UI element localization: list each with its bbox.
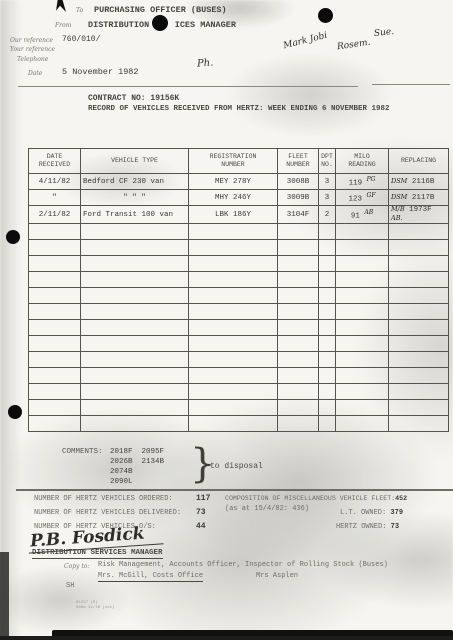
cell-type: Bedford CF 230 van: [81, 174, 189, 190]
signature-title: DISTRIBUTION SERVICES MANAGER: [32, 549, 163, 559]
cell-fleet: 3104F: [278, 206, 319, 224]
table-row-empty: [29, 272, 449, 288]
table-row-empty: [29, 304, 449, 320]
cell-type: " " ": [81, 190, 189, 206]
divider-summary: [16, 489, 453, 491]
cell-dpt: 3: [319, 190, 336, 206]
handwritten-initial: Ph.: [197, 57, 214, 69]
hole-punch-top-center: [152, 15, 168, 31]
hole-punch-left-upper: [6, 230, 20, 244]
our-reference-label: Our reference: [10, 37, 53, 44]
col-vehicle-type: VEHICLE TYPE: [81, 149, 189, 174]
table-row-empty: [29, 288, 449, 304]
from-label: From: [55, 22, 71, 29]
outstanding-value: 44: [196, 522, 206, 531]
record-title: RECORD OF VEHICLES RECEIVED FROM HERTZ: …: [88, 105, 390, 113]
col-fleet-number: FLEETNUMBER: [278, 149, 319, 174]
date-value: 5 November 1982: [62, 67, 139, 77]
cell-reading: 91 AB: [336, 206, 389, 224]
divider-top-left: [18, 86, 358, 87]
typist-initials: SH: [66, 582, 74, 590]
cell-registration: MEY 278Y: [189, 174, 278, 190]
table-row-empty: [29, 352, 449, 368]
table-row-empty: [29, 336, 449, 352]
cell-replacing: DSM 2117B: [389, 190, 449, 206]
your-reference-label: Your reference: [10, 46, 55, 53]
table-row-empty: [29, 416, 449, 432]
vehicle-table-wrap: DATERECEIVED VEHICLE TYPE REGISTRATIONNU…: [28, 148, 449, 432]
cell-dpt: 3: [319, 174, 336, 190]
date-label: Date: [28, 70, 42, 77]
comments-numbers: 2018F 2095F 2026B 2134B 2074B 2090L: [110, 447, 164, 487]
cell-date: 2/11/82: [29, 206, 81, 224]
table-row-vehicle-1: 4/11/82 Bedford CF 230 van MEY 278Y 3008…: [29, 174, 449, 190]
copy-to-line2b: Mrs Asplen: [256, 572, 298, 580]
fleet-composition-sub: (as at 15/4/82: 436): [225, 505, 309, 513]
handwritten-reading-note: AB: [364, 209, 373, 216]
form-print-reference: 61257 (R) 500m 11/79 (xxx): [76, 601, 114, 611]
cell-dpt: 2: [319, 206, 336, 224]
col-date-received: DATERECEIVED: [29, 149, 81, 174]
table-row-empty: [29, 368, 449, 384]
handwritten-replacing-extra: AB.: [391, 214, 403, 222]
table-row-empty: [29, 240, 449, 256]
fleet-composition-label: COMPOSITION OF MISCELLANEOUS VEHICLE FLE…: [225, 495, 407, 502]
cell-registration: MHY 246Y: [189, 190, 278, 206]
handwritten-annotation-left: Mark Jobi: [282, 31, 328, 52]
telephone-label: Telephone: [17, 56, 48, 63]
cell-fleet: 3008B: [278, 174, 319, 190]
col-registration: REGISTRATIONNUMBER: [189, 149, 278, 174]
scanned-document-page: To PURCHASING OFFICER (BUSES) From DISTR…: [0, 0, 453, 640]
handwritten-replacing-note: DSM: [391, 193, 407, 201]
table-row-empty: [29, 256, 449, 272]
table-row-empty: [29, 320, 449, 336]
cell-registration: LBK 186Y: [189, 206, 278, 224]
comments-label: COMMENTS:: [62, 448, 103, 456]
copy-to-line2a: Mrs. McGill, Costs Office: [98, 572, 203, 582]
handwritten-annotation-right: Sue.: [374, 27, 395, 39]
table-row-vehicle-2: " " " " MHY 246Y 3009B 3 123 GF DSM 2117…: [29, 190, 449, 206]
scan-edge-left-bottom: [0, 552, 9, 640]
col-replacing: REPLACING: [389, 149, 449, 174]
col-dpt-no: DPTNO.: [319, 149, 336, 174]
copy-to-line1: Risk Management, Accounts Officer, Inspe…: [98, 561, 388, 569]
table-row-empty: [29, 384, 449, 400]
to-value: PURCHASING OFFICER (BUSES): [94, 5, 227, 15]
comments-note: to disposal: [210, 462, 263, 471]
handwritten-annotation-mid: Rosem.: [336, 38, 371, 53]
cell-replacing: DSM 2116B: [389, 174, 449, 190]
copy-to-label: Copy to:: [64, 563, 89, 570]
table-header-row: DATERECEIVED VEHICLE TYPE REGISTRATIONNU…: [29, 149, 449, 174]
pen-mark: [56, 0, 66, 12]
divider-top-right: [372, 84, 450, 85]
cell-replacing: M/B 1973FAB.: [389, 206, 449, 224]
cell-date: ": [29, 190, 81, 206]
table-row-vehicle-3: 2/11/82 Ford Transit 100 van LBK 186Y 31…: [29, 206, 449, 224]
handwritten-replacing-note: DSM: [391, 177, 407, 185]
cell-type: Ford Transit 100 van: [81, 206, 189, 224]
delivered-label: NUMBER OF HERTZ VEHICLES DELIVERED:: [34, 509, 181, 517]
handwritten-reading-note: GF: [367, 192, 376, 199]
cell-date: 4/11/82: [29, 174, 81, 190]
ordered-value: 117: [196, 494, 210, 503]
handwritten-replacing-note: M/B: [391, 206, 405, 214]
vehicle-table-body: 4/11/82 Bedford CF 230 van MEY 278Y 3008…: [29, 174, 449, 432]
delivered-value: 73: [196, 508, 206, 517]
hole-punch-left-lower: [8, 405, 22, 419]
cell-reading: 119 PG: [336, 174, 389, 190]
vehicle-table: DATERECEIVED VEHICLE TYPE REGISTRATIONNU…: [28, 148, 449, 432]
cell-reading: 123 GF: [336, 190, 389, 206]
table-row-empty: [29, 224, 449, 240]
ordered-label: NUMBER OF HERTZ VEHICLES ORDERED:: [34, 495, 173, 503]
scan-edge-bottom-smear: [0, 636, 453, 640]
hole-punch-top-right: [318, 8, 333, 23]
hertz-owned: HERTZ OWNED: 73: [336, 523, 399, 531]
col-milo-reading: MILOREADING: [336, 149, 389, 174]
table-row-empty: [29, 400, 449, 416]
contract-number: CONTRACT NO: 19156K: [88, 94, 179, 103]
our-reference-value: 760/010/: [62, 35, 100, 44]
cell-fleet: 3009B: [278, 190, 319, 206]
lt-owned: L.T. OWNED: 379: [340, 509, 403, 517]
handwritten-reading-note: PG: [367, 176, 376, 183]
to-label: To: [76, 7, 83, 14]
